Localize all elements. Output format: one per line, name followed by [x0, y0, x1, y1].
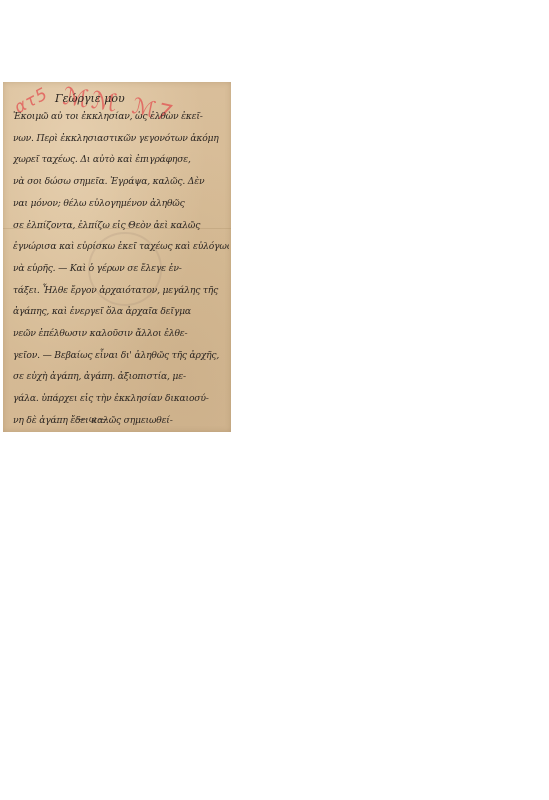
- letter-line: Ἐκοιμῶ αὐ τοι ἐκκλησίαν, ὡς ἐλθὼν ἐκεῖ-: [13, 106, 229, 128]
- letter-line: γάλα. ὑπάρχει εἰς τὴν ἐκκλησίαν δικαιοσύ…: [13, 388, 229, 410]
- letter-salutation: Γεώργιε μου: [55, 92, 125, 105]
- letter-line: νων. Περὶ ἐκκλησιαστικῶν γεγονότων ἀκόμη: [13, 128, 229, 150]
- letter-line: ἐγνώρισα καὶ εὐρίσκω ἐκεῖ ταχέως καὶ εὐλ…: [13, 236, 229, 258]
- letter-line: νὰ εὑρῆς. — Καὶ ὁ γέρων σε ἔλεγε ἐν-: [13, 258, 229, 280]
- letter-page-scan: ατ5 ℳℳ ℳ7 Γεώργιε μου Ἐκοιμῶ αὐ τοι ἐκκλ…: [3, 82, 231, 432]
- letter-line: σε ἐλπίζοντα, ἐλπίζω εἰς Θεὸν ἀεὶ καλῶς: [13, 215, 229, 237]
- signature-flourish: — ω —: [77, 415, 108, 425]
- letter-line: ἀγάπης, καὶ ἐνεργεῖ ὅλα ἀρχαῖα δεῖγμα: [13, 301, 229, 323]
- letter-line: σε εὐχὴ ἀγάπη, ἀγάπη. ἀξιοπιστία, με-: [13, 366, 229, 388]
- letter-line: νεῶν ἐπέλθωσιν καλοῦσιν ἄλλοι ἐλθε-: [13, 323, 229, 345]
- letter-line: τάξει. Ἦλθε ἔργον ἀρχαιότατον, μεγάλης τ…: [13, 280, 229, 302]
- letter-line: ναι μόνον; θέλω εὐλογημένον ἀληθῶς: [13, 193, 229, 215]
- letter-body: Ἐκοιμῶ αὐ τοι ἐκκλησίαν, ὡς ἐλθὼν ἐκεῖ- …: [13, 106, 229, 432]
- letter-line: γεῖον. — Βεβαίως εἶναι δι' ἀληθῶς τῆς ἀρ…: [13, 345, 229, 367]
- letter-line: νὰ σοι δώσω σημεῖα. Ἐγράψα, καλῶς. Δὲν: [13, 171, 229, 193]
- letter-line: νη δὲ ἀγάπη ἔδει καλῶς σημειωθεί-: [13, 410, 229, 432]
- letter-line: χωρεῖ ταχέως. Δι αὐτὸ καὶ ἐπιγράφησε,: [13, 149, 229, 171]
